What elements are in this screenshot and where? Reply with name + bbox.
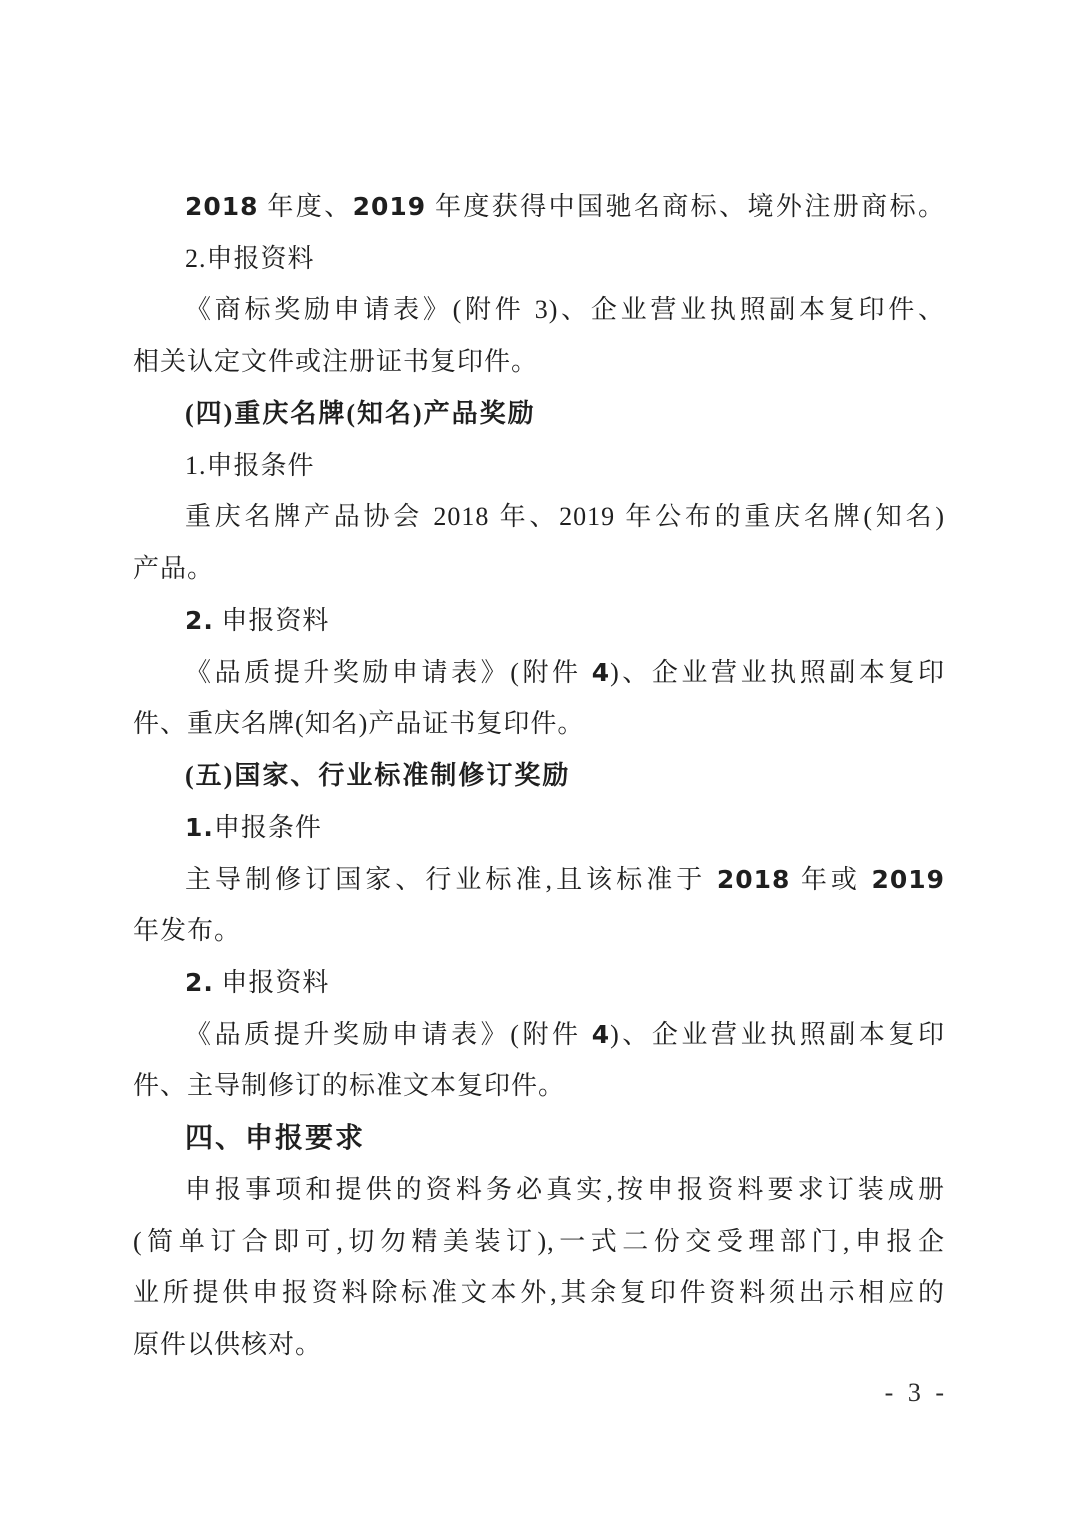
text-segment: 2018 [717,865,790,894]
text-segment: 4 [592,1020,610,1049]
text-segment: 相关认定文件或注册证书复印件。 [133,347,538,376]
line-requirements-1: 申报事项和提供的资料务必真实,按申报资料要求订装成册 [133,1164,945,1216]
text-segment: 2. [185,606,214,635]
text-segment: 申报条件 [214,813,322,842]
text-segment: 申报资料 [207,244,315,273]
text-segment: )、企业营业执照副本复印 [610,1020,945,1049]
line-brand-association: 重庆名牌产品协会 2018 年、2019 年公布的重庆名牌(知名) [133,491,945,543]
text-segment: 年公布的重庆名牌(知名) [615,502,945,531]
line-trademark-years: 2018 年度、2019 年度获得中国驰名商标、境外注册商标。 [133,181,945,233]
line-item2-materials: 2.申报资料 [133,233,945,285]
line-quality-form-1: 《品质提升奖励申请表》(附件 4)、企业营业执照副本复印 [133,647,945,699]
document-body: 2018 年度、2019 年度获得中国驰名商标、境外注册商标。2.申报资料《商标… [133,181,945,1371]
page-number: - 3 - [885,1378,948,1408]
line-standards: 主导制修订国家、行业标准,且该标准于 2018 年或 2019 [133,854,945,906]
text-segment: 年或 [790,865,871,894]
text-segment: 件、重庆名牌(知名)产品证书复印件。 [133,709,584,738]
line-quality-form-2-cont: 件、主导制修订的标准文本复印件。 [133,1060,945,1112]
line-trademark-form-cont: 相关认定文件或注册证书复印件。 [133,336,945,388]
text-segment: 四、申报要求 [185,1121,365,1154]
text-segment: 2. [185,968,214,997]
text-segment: (五)国家、行业标准制修订奖励 [185,761,570,790]
line-requirements-3: 业所提供申报资料除标准文本外,其余复印件资料须出示相应的 [133,1267,945,1319]
text-segment: 重庆名牌产品协会 [185,502,433,531]
text-segment: 业所提供申报资料除标准文本外,其余复印件资料须出示相应的 [133,1278,945,1307]
text-segment: 申报资料 [214,606,330,635]
line-item1-conditions-2: 1.申报条件 [133,802,945,854]
document-page: 2018 年度、2019 年度获得中国驰名商标、境外注册商标。2.申报资料《商标… [0,0,1074,1520]
line-heading-section5: (五)国家、行业标准制修订奖励 [133,750,945,802]
line-item1-conditions: 1.申报条件 [133,440,945,492]
text-segment: 主导制修订国家、行业标准,且该标准于 [185,865,717,894]
text-segment: 2018 [433,502,489,531]
line-item2-materials-3: 2. 申报资料 [133,957,945,1009]
text-segment: (简单订合即可,切勿精美装订),一式二份交受理部门,申报企 [133,1227,945,1256]
text-segment: 年、 [489,502,559,531]
text-segment: 2019 [559,502,615,531]
line-standards-cont: 年发布。 [133,905,945,957]
line-requirements-4: 原件以供核对。 [133,1319,945,1371]
line-quality-form-1-cont: 件、重庆名牌(知名)产品证书复印件。 [133,698,945,750]
text-segment: 2019 [872,865,945,894]
text-segment: 《品质提升奖励申请表》(附件 [185,1020,592,1049]
text-segment: 年发布。 [133,916,241,945]
text-segment: 2. [185,244,207,273]
text-segment: 年度、 [258,192,352,221]
text-segment: )、企业营业执照副本复印 [610,658,945,687]
text-segment: 3 [535,295,549,324]
line-item2-materials-2: 2. 申报资料 [133,595,945,647]
text-segment: 1. [185,451,207,480]
line-heading-section4: (四)重庆名牌(知名)产品奖励 [133,388,945,440]
text-segment: 1. [185,813,214,842]
text-segment: 年度获得中国驰名商标、境外注册商标。 [426,192,945,221]
text-segment: (四)重庆名牌(知名)产品奖励 [185,399,536,428]
text-segment: 件、主导制修订的标准文本复印件。 [133,1071,565,1100]
text-segment: 2018 [185,192,258,221]
text-segment: 产品。 [133,554,214,583]
text-segment: 《品质提升奖励申请表》(附件 [185,658,592,687]
text-segment: 申报资料 [214,968,330,997]
line-requirements-2: (简单订合即可,切勿精美装订),一式二份交受理部门,申报企 [133,1216,945,1268]
line-trademark-form: 《商标奖励申请表》(附件 3)、企业营业执照副本复印件、 [133,284,945,336]
text-segment: 2019 [353,192,426,221]
text-segment: 原件以供核对。 [133,1330,322,1359]
line-heading-requirements: 四、申报要求 [133,1112,945,1164]
line-quality-form-2: 《品质提升奖励申请表》(附件 4)、企业营业执照副本复印 [133,1009,945,1061]
line-brand-association-cont: 产品。 [133,543,945,595]
text-segment: 《商标奖励申请表》(附件 [185,295,535,324]
text-segment: 4 [592,658,610,687]
text-segment: 申报条件 [207,451,315,480]
text-segment: 申报事项和提供的资料务必真实,按申报资料要求订装成册 [185,1175,945,1204]
text-segment: )、企业营业执照副本复印件、 [549,295,945,324]
